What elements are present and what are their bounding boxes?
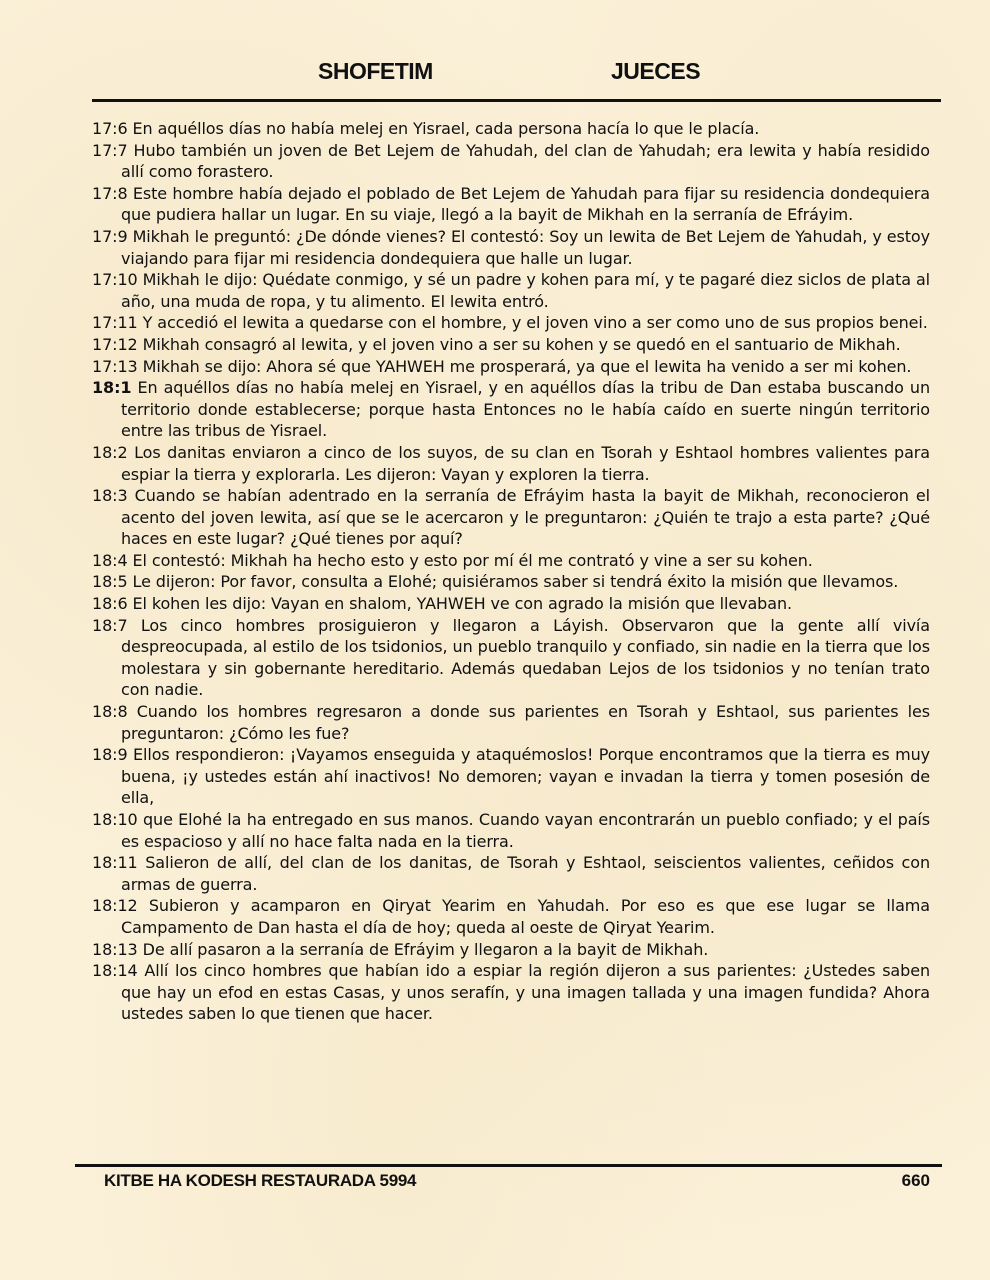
verse-text: Cuando los hombres regresaron a donde su… <box>121 702 930 743</box>
verse-ref: 18:2 <box>92 443 128 462</box>
verse: 17:9 Mikhah le preguntó: ¿De dónde viene… <box>92 226 930 269</box>
verse: 18:4 El contestó: Mikhah ha hecho esto y… <box>92 550 930 572</box>
page-number: 660 <box>902 1171 930 1191</box>
verse-ref: 18:1 <box>92 378 131 397</box>
verse: 18:7 Los cinco hombres prosiguieron y ll… <box>92 615 930 701</box>
verse-ref: 18:8 <box>92 702 128 721</box>
verse-ref: 17:8 <box>92 184 128 203</box>
verse-ref: 17:11 <box>92 313 138 332</box>
verse-ref: 18:4 <box>92 551 128 570</box>
verse-text: Subieron y acamparon en Qiryat Yearim en… <box>121 896 930 937</box>
chapter-start-verse: 18:1 En aquéllos días no había melej en … <box>92 377 930 442</box>
verse-ref: 18:11 <box>92 853 138 872</box>
scripture-body: 17:6 En aquéllos días no había melej en … <box>92 118 930 1025</box>
verse-text: Y accedió el lewita a quedarse con el ho… <box>143 313 928 332</box>
verse-text: Los cinco hombres prosiguieron y llegaro… <box>121 616 930 700</box>
verse: 17:13 Mikhah se dijo: Ahora sé que YAHWE… <box>92 356 930 378</box>
verse-ref: 18:12 <box>92 896 138 915</box>
verse-text: El kohen les dijo: Vayan en shalom, YAHW… <box>133 594 792 613</box>
verse-text: Salieron de allí, del clan de los danita… <box>121 853 930 894</box>
verse-ref: 17:7 <box>92 141 128 160</box>
verse: 18:5 Le dijeron: Por favor, consulta a E… <box>92 571 930 593</box>
verse: 17:6 En aquéllos días no había melej en … <box>92 118 930 140</box>
verse: 17:12 Mikhah consagró al lewita, y el jo… <box>92 334 930 356</box>
verse-ref: 17:9 <box>92 227 128 246</box>
verse-ref: 17:10 <box>92 270 138 289</box>
running-header: SHOFETIM JUECES <box>0 58 990 90</box>
verse: 17:11 Y accedió el lewita a quedarse con… <box>92 312 930 334</box>
verse-text: En aquéllos días no había melej en Yisra… <box>121 378 930 440</box>
verse: 17:7 Hubo también un joven de Bet Lejem … <box>92 140 930 183</box>
verse-text: Allí los cinco hombres que habían ido a … <box>121 961 930 1023</box>
verse-text: Los danitas enviaron a cinco de los suyo… <box>121 443 930 484</box>
book-title-spanish: JUECES <box>611 58 700 85</box>
running-footer: KITBE HA KODESH RESTAURADA 5994 660 <box>0 1171 990 1193</box>
verse: 17:8 Este hombre había dejado el poblado… <box>92 183 930 226</box>
verse: 18:6 El kohen les dijo: Vayan en shalom,… <box>92 593 930 615</box>
verse-ref: 18:3 <box>92 486 128 505</box>
verse-text: En aquéllos días no había melej en Yisra… <box>133 119 760 138</box>
verse-ref: 18:7 <box>92 616 128 635</box>
verse: 18:11 Salieron de allí, del clan de los … <box>92 852 930 895</box>
verse-ref: 18:14 <box>92 961 138 980</box>
footer-divider <box>75 1164 942 1167</box>
verse: 18:9 Ellos respondieron: ¡Vayamos ensegu… <box>92 744 930 809</box>
book-title-hebrew: SHOFETIM <box>318 58 433 85</box>
verse: 18:14 Allí los cinco hombres que habían … <box>92 960 930 1025</box>
verse: 18:10 que Elohé la ha entregado en sus m… <box>92 809 930 852</box>
header-divider <box>92 99 941 102</box>
verse-ref: 18:13 <box>92 940 138 959</box>
verse: 18:2 Los danitas enviaron a cinco de los… <box>92 442 930 485</box>
publication-title: KITBE HA KODESH RESTAURADA 5994 <box>104 1171 416 1191</box>
verse-ref: 18:10 <box>92 810 138 829</box>
verse-text: Le dijeron: Por favor, consulta a Elohé;… <box>133 572 899 591</box>
verse-text: Mikhah le dijo: Quédate conmigo, y sé un… <box>121 270 930 311</box>
verse: 17:10 Mikhah le dijo: Quédate conmigo, y… <box>92 269 930 312</box>
verse-ref: 18:9 <box>92 745 128 764</box>
verse-ref: 18:5 <box>92 572 128 591</box>
verse-text: El contestó: Mikhah ha hecho esto y esto… <box>133 551 813 570</box>
verse-ref: 17:6 <box>92 119 128 138</box>
verse-text: Mikhah se dijo: Ahora sé que YAHWEH me p… <box>143 357 912 376</box>
verse-text: Mikhah consagró al lewita, y el joven vi… <box>143 335 901 354</box>
verse: 18:13 De allí pasaron a la serranía de E… <box>92 939 930 961</box>
verse-ref: 17:12 <box>92 335 138 354</box>
verse-ref: 17:13 <box>92 357 138 376</box>
verse: 18:8 Cuando los hombres regresaron a don… <box>92 701 930 744</box>
verse: 18:3 Cuando se habían adentrado en la se… <box>92 485 930 550</box>
verse-text: Cuando se habían adentrado en la serraní… <box>121 486 930 548</box>
verse-text: De allí pasaron a la serranía de Efráyim… <box>143 940 709 959</box>
verse-ref: 18:6 <box>92 594 128 613</box>
verse-text: Este hombre había dejado el poblado de B… <box>121 184 930 225</box>
verse-text: Ellos respondieron: ¡Vayamos enseguida y… <box>121 745 930 807</box>
verse: 18:12 Subieron y acamparon en Qiryat Yea… <box>92 895 930 938</box>
verse-text: que Elohé la ha entregado en sus manos. … <box>121 810 930 851</box>
verse-text: Hubo también un joven de Bet Lejem de Ya… <box>121 141 930 182</box>
verse-text: Mikhah le preguntó: ¿De dónde vienes? El… <box>121 227 930 268</box>
